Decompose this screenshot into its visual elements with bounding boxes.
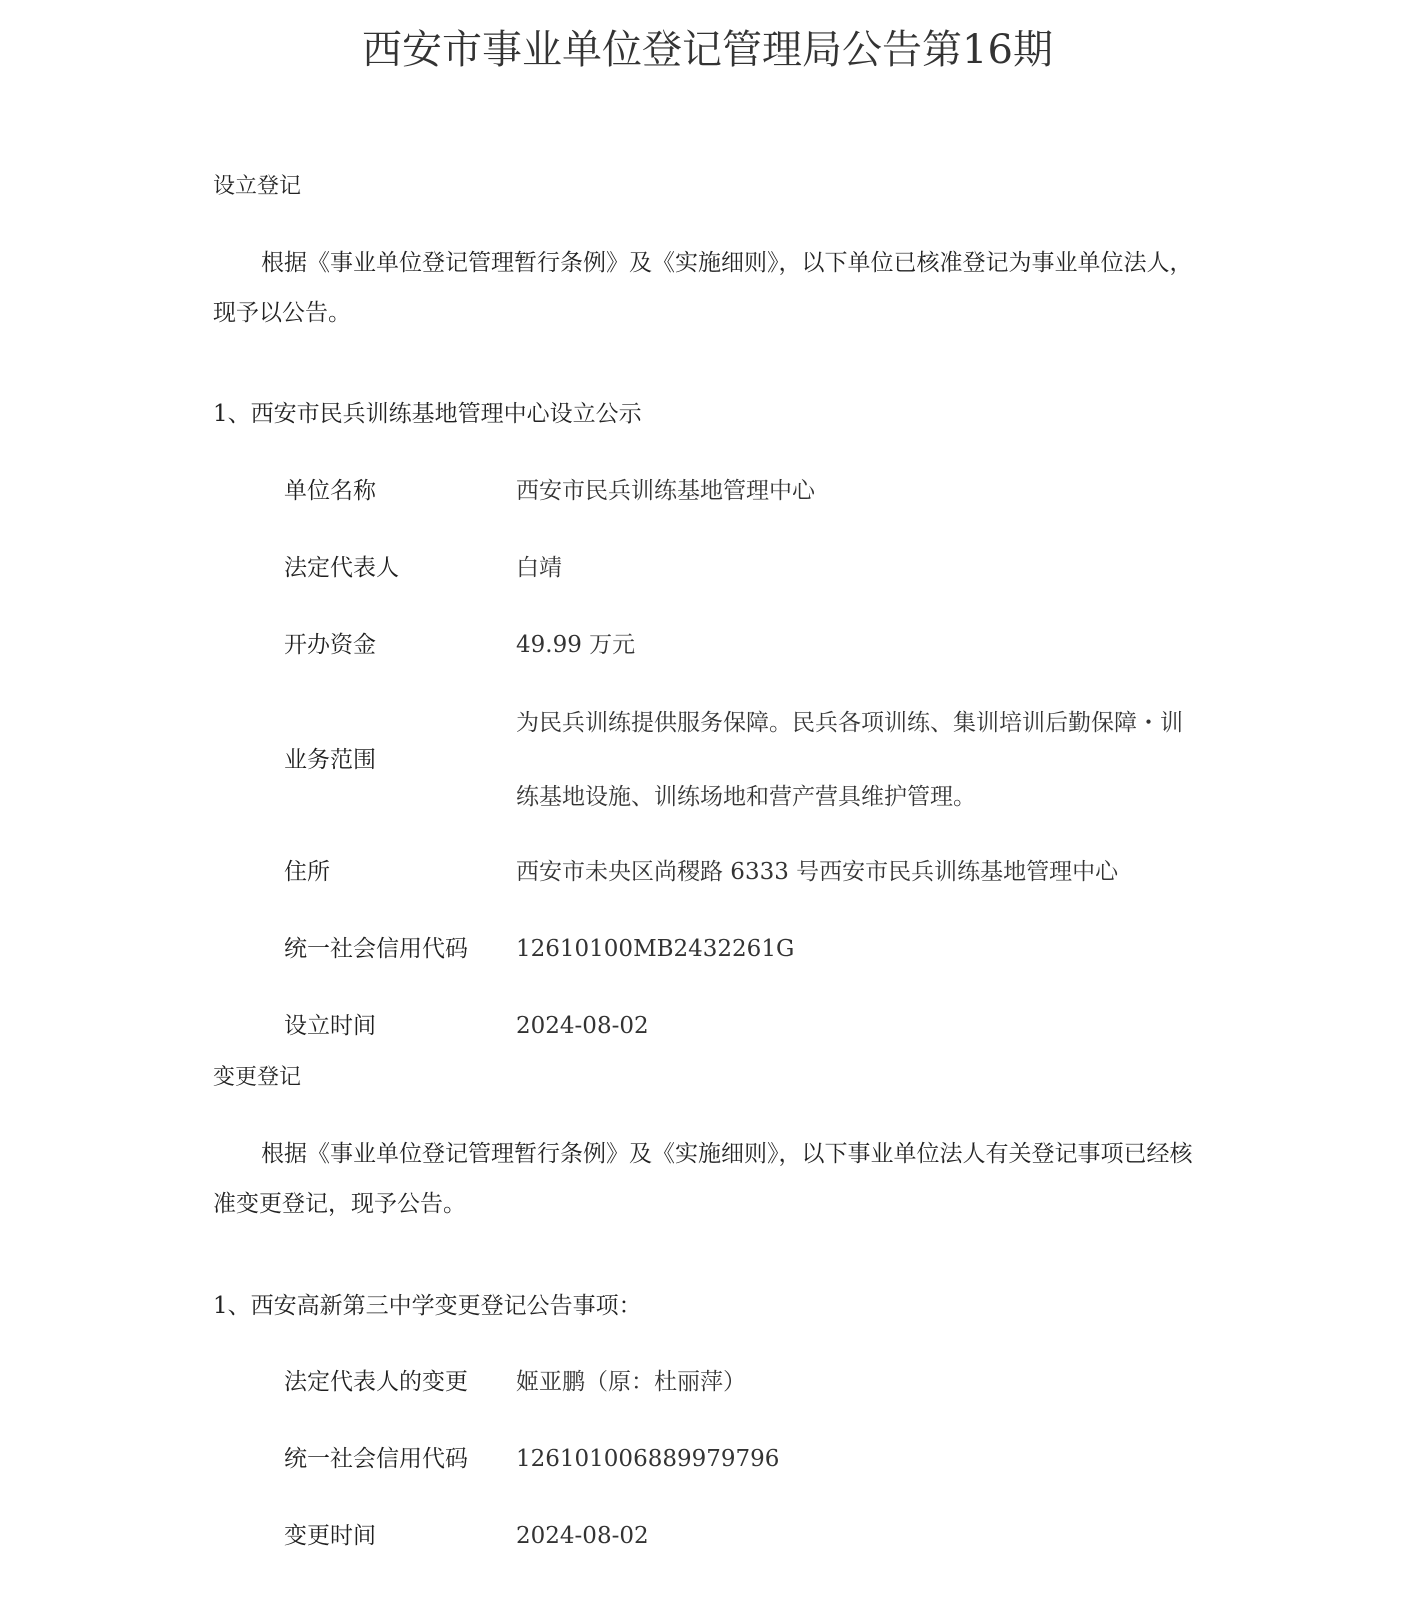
- field-value: 西安市未央区尚稷路 6333 号西安市民兵训练基地管理中心: [516, 856, 1184, 888]
- intro-paragraph-establishment: 根据《事业单位登记管理暂行条例》及《实施细则》，以下单位已核准登记为事业单位法人…: [213, 238, 1203, 338]
- field-row-startup-capital: 开办资金 49.99 万元: [284, 629, 1184, 661]
- field-label: 设立时间: [284, 1010, 516, 1042]
- field-row-legal-representative: 法定代表人 白靖: [284, 552, 1184, 584]
- field-value: 12610100MB2432261G: [516, 933, 1184, 965]
- field-value: 姬亚鹏（原：杜丽萍）: [516, 1366, 1184, 1398]
- field-value: 白靖: [516, 552, 1184, 584]
- field-row-business-scope: 业务范围 为民兵训练提供服务保障。民兵各项训练、集训培训后勤保障・训练基地设施、…: [284, 686, 1184, 834]
- field-value: 西安市民兵训练基地管理中心: [516, 475, 1184, 507]
- field-label: 业务范围: [284, 744, 516, 776]
- field-row-address: 住所 西安市未央区尚稷路 6333 号西安市民兵训练基地管理中心: [284, 856, 1184, 888]
- field-row-credit-code: 统一社会信用代码 12610100MB2432261G: [284, 933, 1184, 965]
- field-value: 49.99 万元: [516, 629, 1184, 661]
- field-label: 统一社会信用代码: [284, 1443, 516, 1475]
- intro-paragraph-change: 根据《事业单位登记管理暂行条例》及《实施细则》，以下事业单位法人有关登记事项已经…: [213, 1129, 1203, 1229]
- page-title: 西安市事业单位登记管理局公告第16期: [0, 22, 1415, 78]
- item-heading-establishment-1: 1、西安市民兵训练基地管理中心设立公示: [213, 398, 642, 430]
- field-label: 法定代表人的变更: [284, 1366, 516, 1398]
- item-heading-change-1: 1、西安高新第三中学变更登记公告事项：: [213, 1290, 642, 1322]
- field-row-change-date: 变更时间 2024-08-02: [284, 1520, 1184, 1552]
- field-value: 2024-08-02: [516, 1010, 1184, 1042]
- field-label: 住所: [284, 856, 516, 888]
- field-label: 变更时间: [284, 1520, 516, 1552]
- field-row-unit-name: 单位名称 西安市民兵训练基地管理中心: [284, 475, 1184, 507]
- field-value: 2024-08-02: [516, 1520, 1184, 1552]
- field-row-legal-rep-change: 法定代表人的变更 姬亚鹏（原：杜丽萍）: [284, 1366, 1184, 1398]
- field-row-establish-date: 设立时间 2024-08-02: [284, 1010, 1184, 1042]
- section-heading-establishment: 设立登记: [213, 172, 301, 202]
- field-value: 为民兵训练提供服务保障。民兵各项训练、集训培训后勤保障・训练基地设施、训练场地和…: [516, 686, 1184, 834]
- field-label: 统一社会信用代码: [284, 933, 516, 965]
- field-label: 开办资金: [284, 629, 516, 661]
- field-row-credit-code-change: 统一社会信用代码 126101006889979796: [284, 1443, 1184, 1475]
- field-value: 126101006889979796: [516, 1443, 1184, 1475]
- section-heading-change: 变更登记: [213, 1063, 301, 1093]
- field-label: 单位名称: [284, 475, 516, 507]
- field-label: 法定代表人: [284, 552, 516, 584]
